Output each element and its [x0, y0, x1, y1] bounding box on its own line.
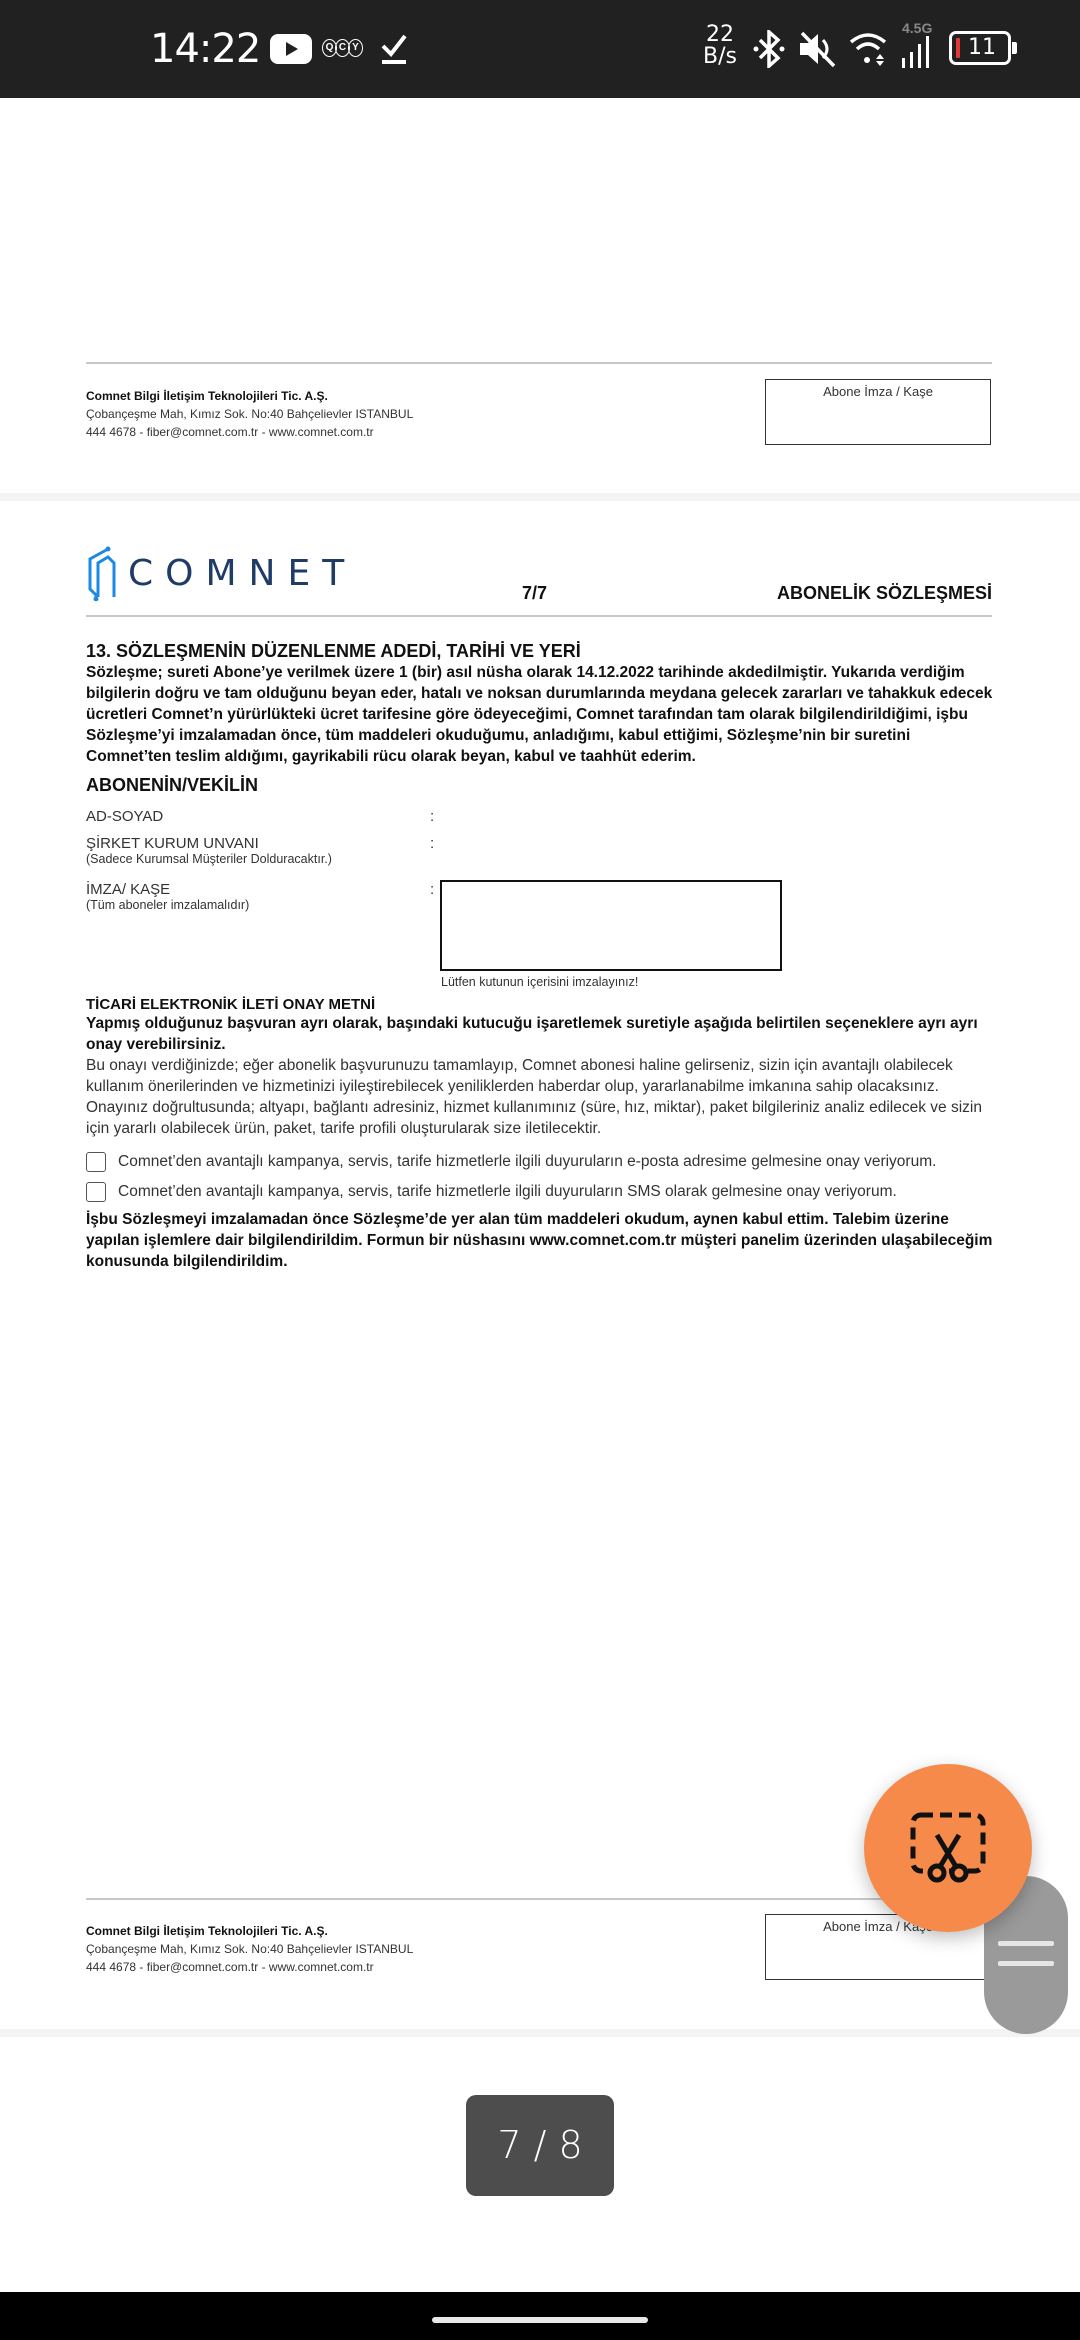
logo-text: COMNET [128, 553, 356, 594]
subscriber-title: ABONENİN/VEKİLİN [86, 775, 996, 796]
section-13: 13. SÖZLEŞMENİN DÜZENLENME ADEDİ, TARİHİ… [86, 641, 996, 767]
footer-address: Çobançeşme Mah, Kımız Sok. No:40 Bahçeli… [86, 1940, 413, 1958]
consent-intro: Yapmış olduğunuz başvuran ayrı olarak, b… [86, 1013, 996, 1055]
field-ad-soyad: AD-SOYAD [86, 808, 163, 825]
consent-para-2: Onayınız doğrultusunda; altyapı, bağlant… [86, 1097, 996, 1139]
status-bar: 14:22 QCY 22 B/s 4.5G 11 [0, 0, 1080, 98]
signal-icon [900, 34, 936, 68]
bluetooth-icon [752, 30, 786, 68]
qcy-icon: QCY [322, 38, 361, 57]
checkbox-label: Comnet’den avantajlı kampanya, servis, t… [118, 1183, 897, 1201]
doc-title: ABONELİK SÖZLEŞMESİ [777, 583, 992, 604]
page-separator [0, 2029, 1080, 2037]
comnet-logo: COMNET [86, 545, 356, 601]
page-separator [0, 493, 1080, 501]
drag-handle-icon [998, 1961, 1054, 1966]
footer-address: Çobançeşme Mah, Kımız Sok. No:40 Bahçeli… [86, 405, 413, 423]
battery-level-bar [956, 38, 960, 58]
field-sirket-unvani: ŞİRKET KURUM UNVANI (Sadece Kurumsal Müş… [86, 835, 332, 866]
drag-handle-icon [998, 1941, 1054, 1946]
doc-page-number: 7/7 [522, 583, 547, 604]
mute-icon [798, 30, 838, 68]
consent-option-email[interactable]: Comnet’den avantajlı kampanya, servis, t… [86, 1152, 936, 1172]
footer-contact: 444 4678 - fiber@comnet.com.tr - www.com… [86, 423, 413, 441]
closing-statement: İşbu Sözleşmeyi imzalamadan önce Sözleşm… [86, 1209, 996, 1272]
consent-para-1: Bu onayı verdiğinizde; eğer abonelik baş… [86, 1055, 996, 1097]
navigation-bar [0, 2292, 1080, 2340]
signature-box[interactable] [440, 880, 782, 971]
checkbox-email[interactable] [86, 1152, 106, 1172]
checkbox-sms[interactable] [86, 1182, 106, 1202]
field-imza-kase: İMZA/ KAŞE (Tüm aboneler imzalamalıdır) [86, 881, 249, 912]
wifi-icon [848, 30, 890, 68]
field-sublabel: (Tüm aboneler imzalamalıdır) [86, 898, 249, 912]
page-indicator: 7 / 8 [466, 2095, 614, 2196]
battery-level: 11 [968, 35, 996, 60]
checkbox-label: Comnet’den avantajlı kampanya, servis, t… [118, 1153, 936, 1171]
field-colon: : [430, 808, 434, 825]
field-sublabel: (Sadece Kurumsal Müşteriler Dolduracaktı… [86, 852, 332, 866]
net-speed-value: 22 [703, 24, 737, 46]
footer-rule [86, 362, 992, 364]
field-label: İMZA/ KAŞE [86, 881, 249, 898]
header-rule [86, 615, 992, 617]
download-done-icon [379, 30, 409, 68]
page-footer: Comnet Bilgi İletişim Teknolojileri Tic.… [86, 387, 413, 441]
consent-title: TİCARİ ELEKTRONİK İLETİ ONAY METNİ [86, 996, 996, 1013]
battery-icon: 11 [949, 31, 1011, 65]
footer-company: Comnet Bilgi İletişim Teknolojileri Tic.… [86, 1922, 413, 1940]
footer-company: Comnet Bilgi İletişim Teknolojileri Tic.… [86, 387, 413, 405]
subscriber-heading: ABONENİN/VEKİLİN [86, 775, 996, 796]
consent-section: TİCARİ ELEKTRONİK İLETİ ONAY METNİ Yapmı… [86, 996, 996, 1139]
field-colon: : [430, 835, 434, 852]
signature-hint: Lütfen kutunun içerisini imzalayınız! [441, 975, 638, 989]
network-speed: 22 B/s [703, 24, 737, 68]
section-13-body: Sözleşme; sureti Abone’ye verilmek üzere… [86, 662, 996, 767]
status-time: 14:22 [150, 26, 260, 72]
home-gesture-bar[interactable] [432, 2317, 648, 2323]
section-13-title: 13. SÖZLEŞMENİN DÜZENLENME ADEDİ, TARİHİ… [86, 641, 996, 662]
footer-rule [86, 1898, 992, 1900]
field-colon: : [430, 881, 434, 898]
field-label: AD-SOYAD [86, 808, 163, 825]
screenshot-scissors-icon [909, 1809, 987, 1887]
field-label: ŞİRKET KURUM UNVANI [86, 835, 332, 852]
comnet-logo-icon [86, 545, 116, 601]
youtube-icon [270, 34, 312, 64]
page-footer: Comnet Bilgi İletişim Teknolojileri Tic.… [86, 1922, 413, 1976]
consent-option-sms[interactable]: Comnet’den avantajlı kampanya, servis, t… [86, 1182, 897, 1202]
screenshot-fab-button[interactable] [864, 1764, 1032, 1932]
footer-sign-box: Abone İmza / Kaşe [765, 379, 991, 445]
net-speed-unit: B/s [703, 46, 737, 68]
footer-contact: 444 4678 - fiber@comnet.com.tr - www.com… [86, 1958, 413, 1976]
closing-text: İşbu Sözleşmeyi imzalamadan önce Sözleşm… [86, 1209, 996, 1272]
